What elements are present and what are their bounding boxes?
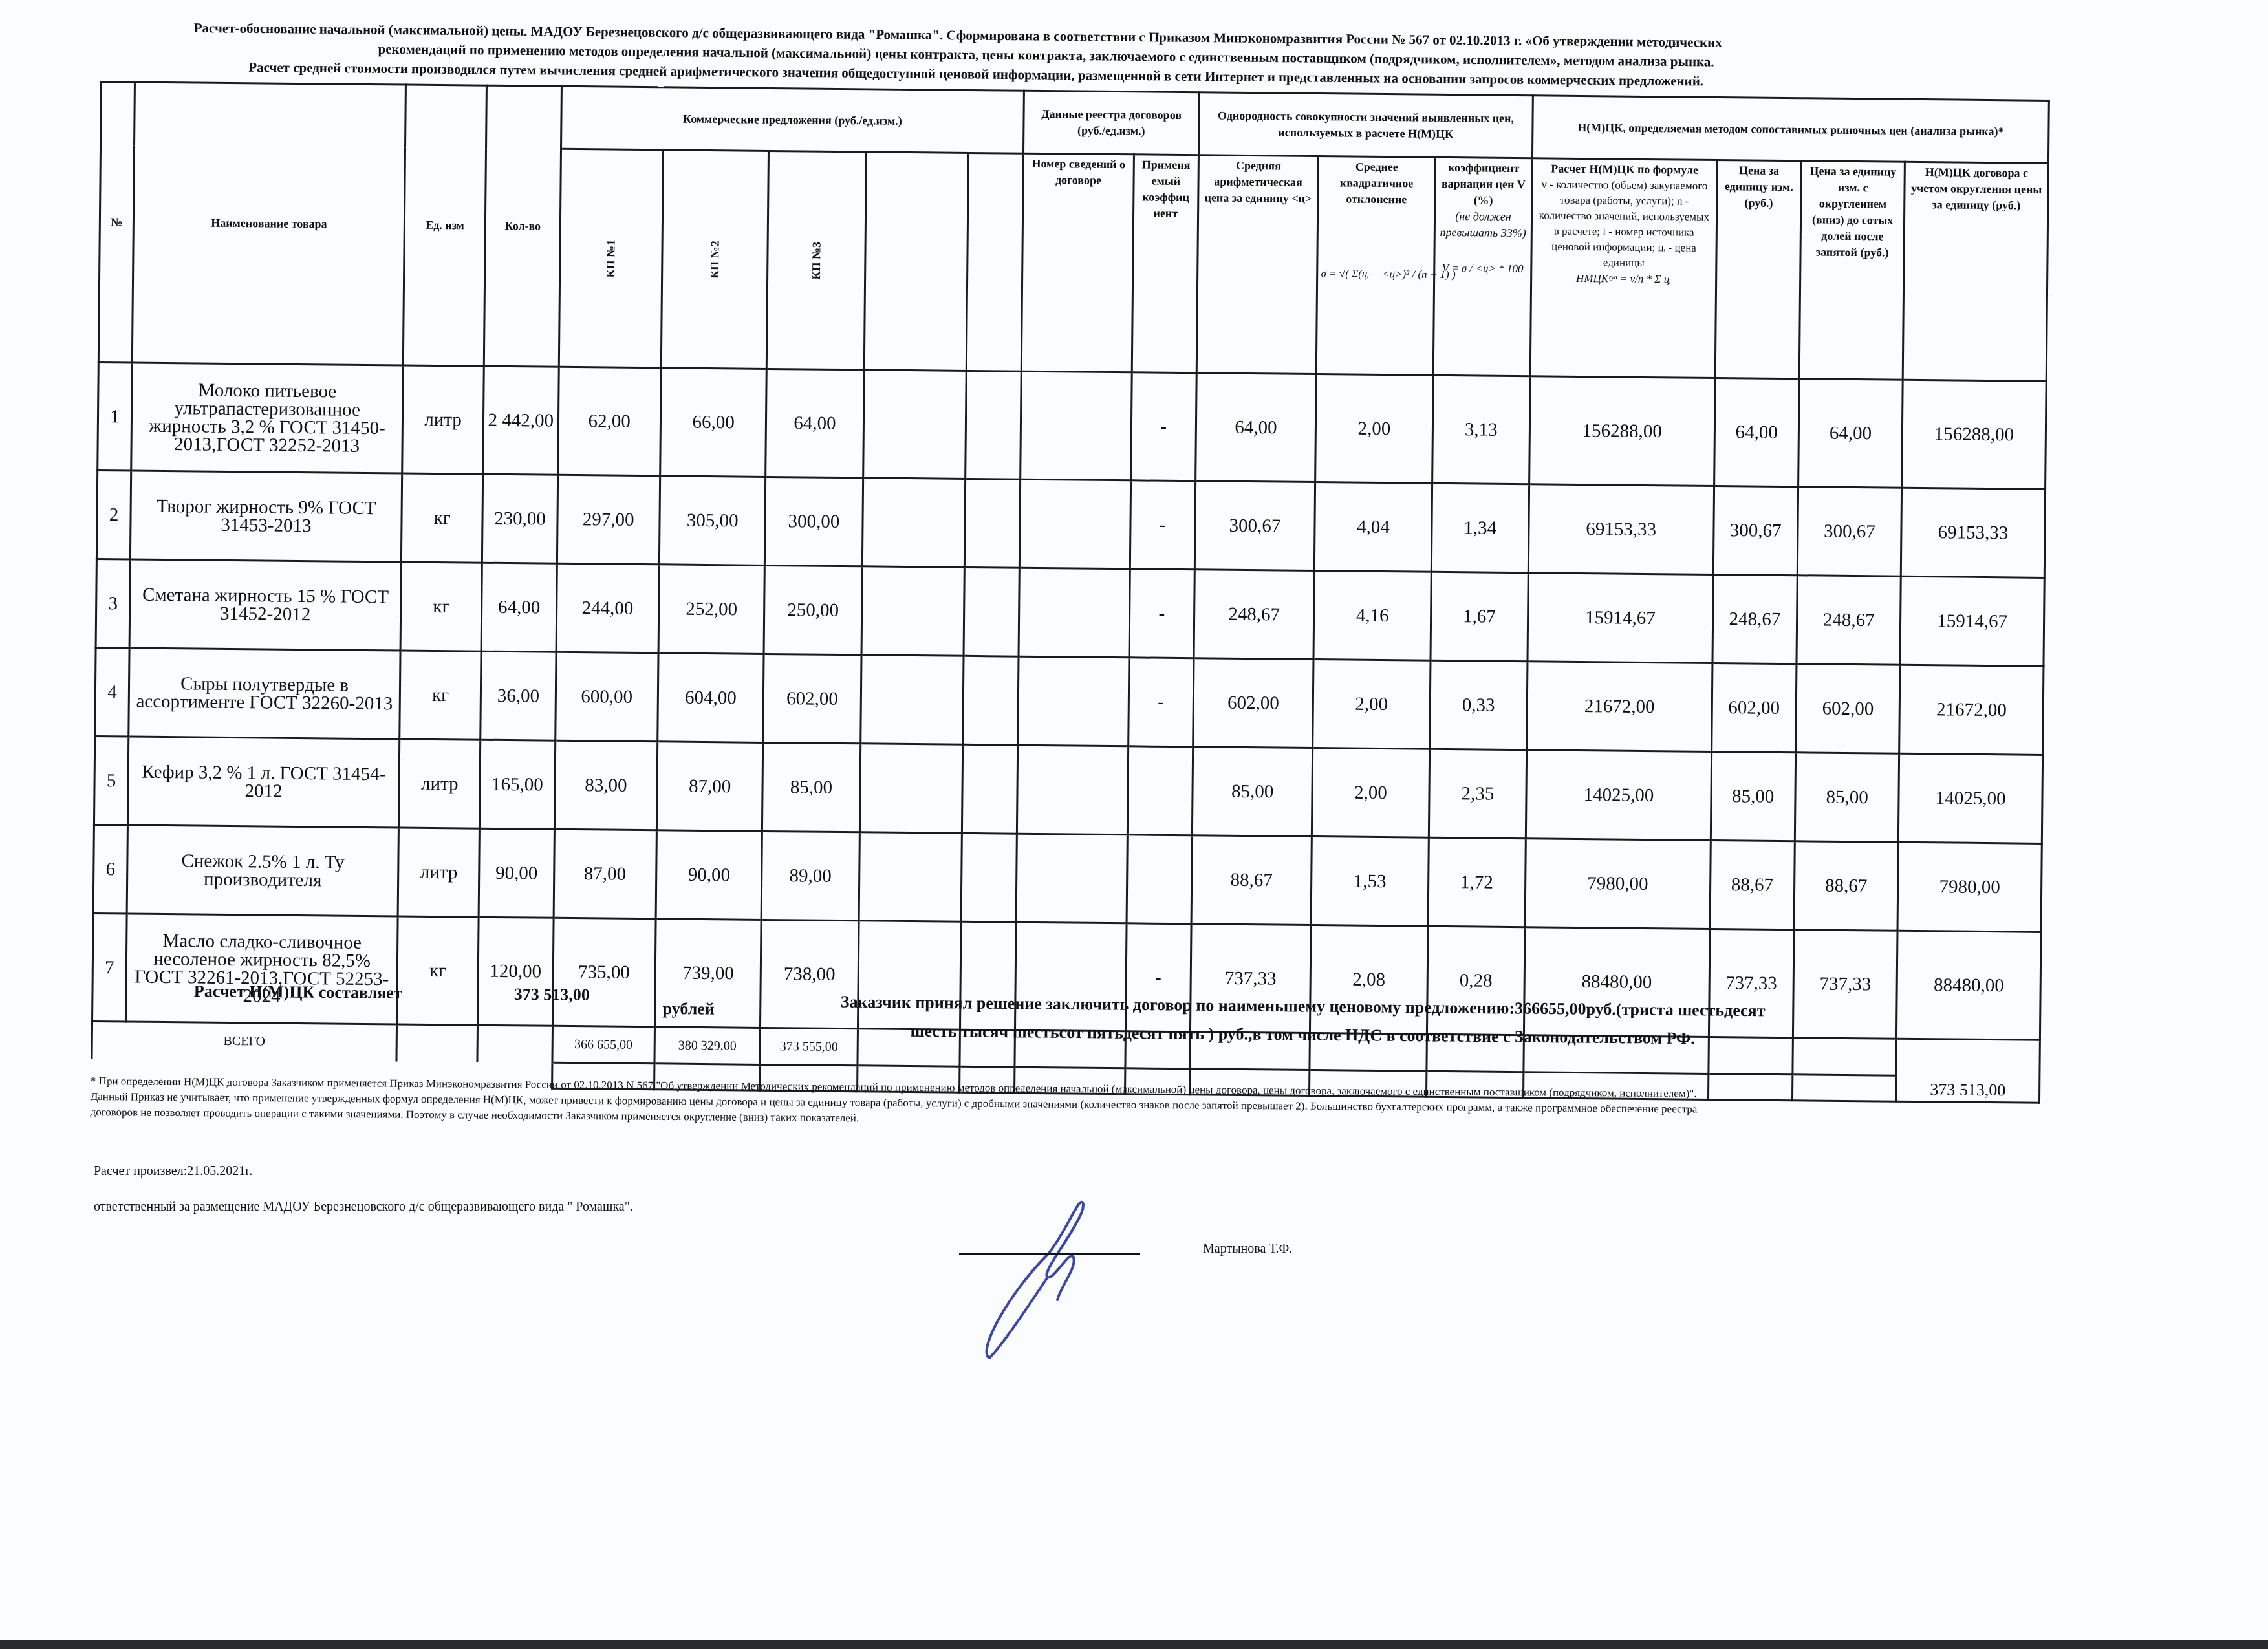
kp1-price: 87,00: [554, 829, 657, 919]
kp2-price: 604,00: [658, 653, 764, 743]
row-num: 6: [93, 824, 127, 913]
unit-price-rounded: 300,67: [1797, 487, 1902, 577]
product-name: Снежок 2.5% 1 л. Ту производителя: [127, 825, 398, 916]
kp1-price: 244,00: [556, 563, 660, 653]
signature-icon: [951, 1196, 1145, 1368]
kp2-price: 90,00: [656, 830, 762, 920]
table-row: 1Молоко питьевое ультрапастеризованное ж…: [98, 362, 2046, 489]
registry-number: [1019, 568, 1130, 658]
col-header-avg-price: Средняя арифметическая цена за единицу <…: [1196, 155, 1319, 374]
row-num: 5: [94, 736, 128, 824]
variation-coefficient: 1,67: [1431, 572, 1529, 661]
unit-price-rounded: 88,67: [1794, 841, 1899, 931]
nmck-calc-description: v - количество (объем) закупаемого товар…: [1535, 177, 1713, 272]
nmck-rounded: 14025,00: [1899, 753, 2043, 843]
product-name: Молоко питьевое ультрапастеризованное жи…: [131, 363, 404, 473]
kp1-price: 62,00: [557, 367, 661, 476]
kp3-price: 89,00: [761, 831, 859, 920]
variation-formula: V = σ / <ц> * 100: [1438, 260, 1528, 277]
unit: литр: [398, 828, 480, 917]
nmck-calc-formula: НМЦКʳʸⁿ = v/n * Σ цᵢ: [1535, 270, 1712, 288]
unit-price: 300,67: [1713, 486, 1798, 575]
price-justification-table: № Наименование товара Ед. изм Кол-во Ком…: [91, 81, 2050, 1104]
kp4-price: [861, 566, 965, 656]
col-header-name: Наименование товара: [132, 82, 405, 365]
nmck-rounded: 15914,67: [1900, 576, 2044, 666]
quantity: 36,00: [481, 651, 556, 740]
quantity: 2 442,00: [483, 366, 559, 475]
registry-number: [1017, 745, 1129, 835]
unit-price-rounded: 64,00: [1798, 379, 1903, 488]
col-header-num: №: [98, 82, 135, 363]
unit-price: 85,00: [1711, 751, 1796, 841]
row-num: 3: [96, 559, 130, 647]
applied-coefficient: -: [1128, 658, 1194, 747]
col-group-nmck: Н(М)ЦК, определяемая методом сопоставимы…: [1532, 96, 2049, 164]
kp5-price: [964, 567, 1020, 656]
row-num: 2: [96, 470, 131, 559]
kp4-price: [863, 370, 966, 479]
nmck-rounded: 7980,00: [1897, 842, 2042, 932]
signer-name: Мартынова Т.Ф.: [1203, 1242, 1292, 1256]
kp2-price: 87,00: [656, 742, 763, 832]
registry-number: [1020, 479, 1131, 569]
col-header-unit: Ед. изм: [403, 85, 486, 366]
average-price: 602,00: [1193, 658, 1314, 748]
std-deviation: 1,53: [1311, 837, 1429, 927]
col-header-kp2: КП №2: [661, 150, 769, 369]
kp5-price: [961, 833, 1017, 922]
kp5-price: [966, 371, 1022, 479]
unit: литр: [398, 739, 481, 828]
unit-price-rounded: 248,67: [1797, 576, 1901, 665]
nmck-rounded: 156288,00: [1902, 380, 2046, 489]
price-justification-table-wrap: № Наименование товара Ед. изм Кол-во Ком…: [91, 81, 2050, 1104]
col-group-homogeneity: Однородность совокупности значений выявл…: [1198, 92, 1533, 158]
kp4-price: [859, 832, 962, 922]
summary-unit: рублей: [662, 999, 715, 1019]
std-deviation: 4,16: [1313, 571, 1431, 661]
col-header-variation: коэффициент вариации цен V (%) (не долже…: [1433, 157, 1533, 376]
unit-price-rounded: 85,00: [1795, 753, 1899, 843]
table-body: 1Молоко питьевое ультрапастеризованное ж…: [92, 362, 2047, 1040]
row-num: 7: [92, 913, 127, 1021]
unit-price: 248,67: [1712, 574, 1798, 663]
kp2-price: 66,00: [660, 368, 767, 477]
col-header-qty: Кол-во: [484, 85, 561, 367]
nmck-calculation: 15914,67: [1528, 573, 1713, 663]
col-header-kp4: [864, 152, 969, 371]
registry-number: [1018, 656, 1129, 746]
applied-coefficient: -: [1129, 569, 1195, 658]
quantity: 230,00: [482, 474, 558, 563]
col-header-std-dev: Среднее квадратичное отклонение σ = √( Σ…: [1317, 156, 1436, 376]
kp3-price: 64,00: [766, 369, 864, 477]
kp3-price: 250,00: [764, 565, 862, 654]
kp3-price: 85,00: [762, 742, 861, 832]
applied-coefficient: -: [1130, 372, 1196, 481]
col-header-registry-coef: Применя емый коэффиц иент: [1132, 155, 1198, 373]
unit: литр: [402, 365, 484, 474]
col-header-nmck-rounded: Н(М)ЦК договора с учетом округления цены…: [1903, 162, 2049, 381]
kp5-price: [962, 744, 1018, 834]
nmck-rounded: 69153,33: [1901, 488, 2046, 577]
unit: кг: [400, 651, 482, 740]
col-header-kp1: КП №1: [559, 149, 664, 368]
nmck-calculation: 14025,00: [1526, 750, 1711, 841]
col-header-kp5: [966, 153, 1023, 371]
kp5-price: [964, 479, 1021, 568]
average-price: 88,67: [1191, 835, 1312, 925]
unit-price: 88,67: [1710, 840, 1795, 929]
row-num: 4: [95, 647, 129, 736]
kp1-price: 297,00: [557, 475, 660, 565]
kp3-price: 300,00: [765, 477, 863, 566]
summary-value: 373 513,00: [514, 985, 590, 1005]
col-header-kp3: КП №3: [767, 151, 867, 369]
col-group-commercial: Коммерческие предложения (руб./ед.изм.): [561, 86, 1024, 153]
applied-coefficient: [1127, 746, 1193, 835]
quantity: 165,00: [480, 740, 556, 829]
unit-price: 64,00: [1714, 378, 1799, 486]
unit: кг: [400, 562, 482, 651]
std-deviation: 4,04: [1315, 482, 1432, 572]
nmck-calculation: 7980,00: [1525, 839, 1711, 929]
col-header-unit-price-rounded: Цена за единицу изм. с округлением (вниз…: [1799, 161, 1905, 380]
average-price: 248,67: [1194, 570, 1315, 660]
quantity: 90,00: [479, 828, 554, 918]
variation-coefficient: 1,72: [1428, 837, 1526, 927]
kp4-price: [860, 655, 964, 745]
calculation-date: Расчет произвел:21.05.2021г.: [94, 1164, 252, 1179]
nmck-calculation: 21672,00: [1527, 662, 1712, 752]
product-name: Сыры полутвердые в ассортименте ГОСТ 322…: [129, 648, 400, 739]
summary-label: Расчет Н(М)ЦК составляет: [194, 982, 402, 1003]
quantity: 64,00: [481, 563, 557, 652]
unit-price-rounded: 602,00: [1796, 664, 1901, 754]
variation-coefficient: 2,35: [1429, 749, 1527, 838]
kp1-price: 600,00: [555, 652, 658, 742]
std-deviation: 2,00: [1313, 660, 1431, 749]
col-header-nmck-calc: Расчет Н(М)ЦК по формуле v - количество …: [1530, 158, 1717, 378]
responsible-person: ответственный за размещение МАДОУ Березн…: [94, 1200, 633, 1214]
kp2-price: 252,00: [658, 565, 765, 654]
std-deviation: 2,00: [1315, 374, 1433, 484]
nmck-calculation: 69153,33: [1528, 484, 1714, 575]
std-deviation: 2,00: [1312, 748, 1430, 838]
applied-coefficient: -: [1130, 480, 1196, 570]
kp4-price: [859, 744, 963, 834]
header-row-group: № Наименование товара Ед. изм Кол-во Ком…: [101, 82, 2049, 164]
scan-edge: [0, 1640, 2268, 1649]
col-header-unit-price: Цена за единицу изм. (руб.): [1715, 160, 1802, 379]
kp5-price: [963, 656, 1019, 745]
kp4-price: [862, 478, 966, 568]
variation-coefficient: 0,33: [1429, 660, 1528, 749]
col-header-registry-number: Номер сведений о договоре: [1021, 153, 1134, 372]
unit-price: 602,00: [1711, 663, 1797, 752]
product-name: Творог жирность 9% ГОСТ 31453-2013: [131, 471, 402, 562]
document-page: Расчет-обоснование начальной (максимальн…: [0, 0, 2268, 1649]
customer-decision: Заказчик принял решение заключить догово…: [769, 987, 1837, 1055]
kp1-price: 83,00: [554, 740, 658, 830]
average-price: 300,67: [1194, 481, 1315, 571]
product-name: Сметана жирность 15 % ГОСТ 31452-2012: [129, 559, 401, 651]
unit: кг: [401, 473, 483, 563]
registry-number: [1016, 834, 1127, 923]
variation-coefficient: 3,13: [1432, 375, 1530, 484]
registry-number: [1021, 371, 1132, 480]
row-num: 1: [98, 362, 133, 470]
variation-note: (не должен превышать 33%): [1438, 208, 1528, 241]
applied-coefficient: [1127, 835, 1193, 924]
average-price: 64,00: [1195, 373, 1316, 482]
nmck-rounded: 21672,00: [1899, 665, 2044, 755]
kp2-price: 305,00: [659, 476, 766, 566]
signature-line: [959, 1253, 1140, 1255]
product-name: Кефир 3,2 % 1 л. ГОСТ 31454-2012: [128, 737, 400, 828]
nmck-calculation: 156288,00: [1529, 376, 1715, 486]
col-group-registry: Данные реестра договоров (руб./ед.изм.): [1024, 91, 1200, 155]
variation-coefficient: 1,34: [1431, 483, 1529, 572]
kp3-price: 602,00: [763, 654, 861, 743]
document-title: Расчет-обоснование начальной (максимальн…: [193, 18, 2069, 94]
average-price: 85,00: [1192, 747, 1313, 837]
std-dev-formula: σ = √( Σ(цᵢ − <ц>)² / (n − 1) ): [1321, 265, 1431, 283]
